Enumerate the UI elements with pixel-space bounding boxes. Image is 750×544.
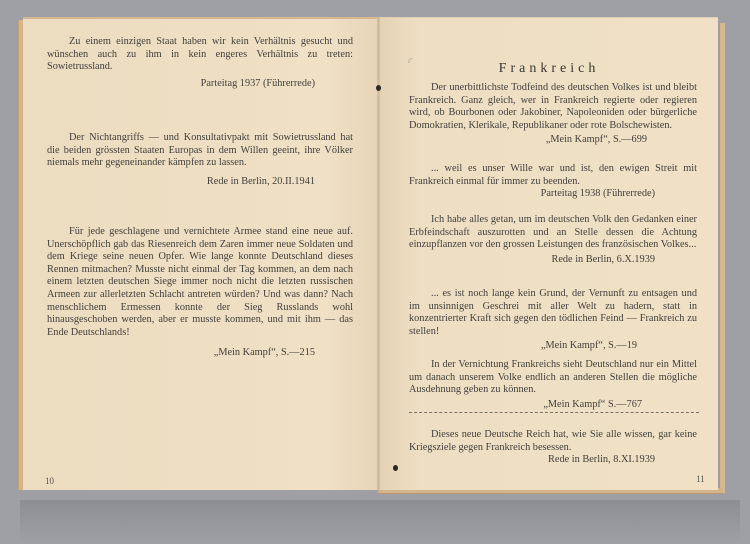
quote-text: In der Vernichtung Frankreichs sieht Deu… [409,359,697,397]
quote-block: Der unerbittlichste Todfeind des deutsch… [409,82,697,147]
open-booklet: Zu einem einzigen Staat haben wir kein V… [18,17,725,499]
quote-citation: „Mein Kampf“, S.—19 [409,340,697,353]
staple-hole [376,85,381,91]
quote-text: Der unerbittlichste Todfeind des deutsch… [409,82,697,132]
quote-text: Dieses neue Deutsche Reich hat, wie Sie … [409,429,697,454]
quote-text: ... es ist noch lange kein Grund, der Ve… [409,288,697,338]
page-number: 11 [696,474,705,484]
section-title: Frankreich [380,61,718,77]
quote-text: ... weil es unser Wille war und ist, den… [409,163,697,188]
quote-text: Ich habe alles getan, um im deutschen Vo… [409,214,697,252]
quote-citation: „Mein Kampf“, S.—215 [47,347,353,360]
quote-text: Für jede geschlagene und vernichtete Arm… [47,226,353,339]
quote-citation: Parteitag 1937 (Führerrede) [47,78,353,91]
quote-block: Ich habe alles getan, um im deutschen Vo… [409,214,697,266]
quote-text: Zu einem einzigen Staat haben wir kein V… [47,36,353,74]
left-page: Zu einem einzigen Staat haben wir kein V… [23,17,380,490]
page-stack-right-edge [720,23,725,493]
quote-block: Für jede geschlagene und vernichtete Arm… [47,226,353,360]
quote-block: In der Vernichtung Frankreichs sieht Deu… [409,359,697,411]
quote-text: Der Nichtangriffs — und Konsultativpakt … [47,132,353,170]
quote-citation: Rede in Berlin, 6.X.1939 [409,254,697,267]
quote-block: Der Nichtangriffs — und Konsultativpakt … [47,132,353,188]
dashed-divider [409,412,699,413]
quote-citation: „Mein Kampf“ S.—767 [409,399,697,412]
quote-citation: Parteitag 1938 (Führerrede) [409,188,697,201]
quote-block: Zu einem einzigen Staat haben wir kein V… [47,36,353,90]
page-number: 10 [45,476,54,486]
staple-hole [393,465,398,471]
quote-citation: Rede in Berlin, 20.II.1941 [47,176,353,189]
table-shadow [20,500,740,544]
quote-citation: Rede in Berlin, 8.XI.1939 [409,454,697,467]
quote-block: ... es ist noch lange kein Grund, der Ve… [409,288,697,353]
quote-block: Dieses neue Deutsche Reich hat, wie Sie … [409,429,697,467]
right-page: ı'' Frankreich Der unerbittlichste Todfe… [380,17,718,490]
quote-citation: „Mein Kampf“, S.—699 [409,134,697,147]
quote-block: ... weil es unser Wille war und ist, den… [409,163,697,201]
